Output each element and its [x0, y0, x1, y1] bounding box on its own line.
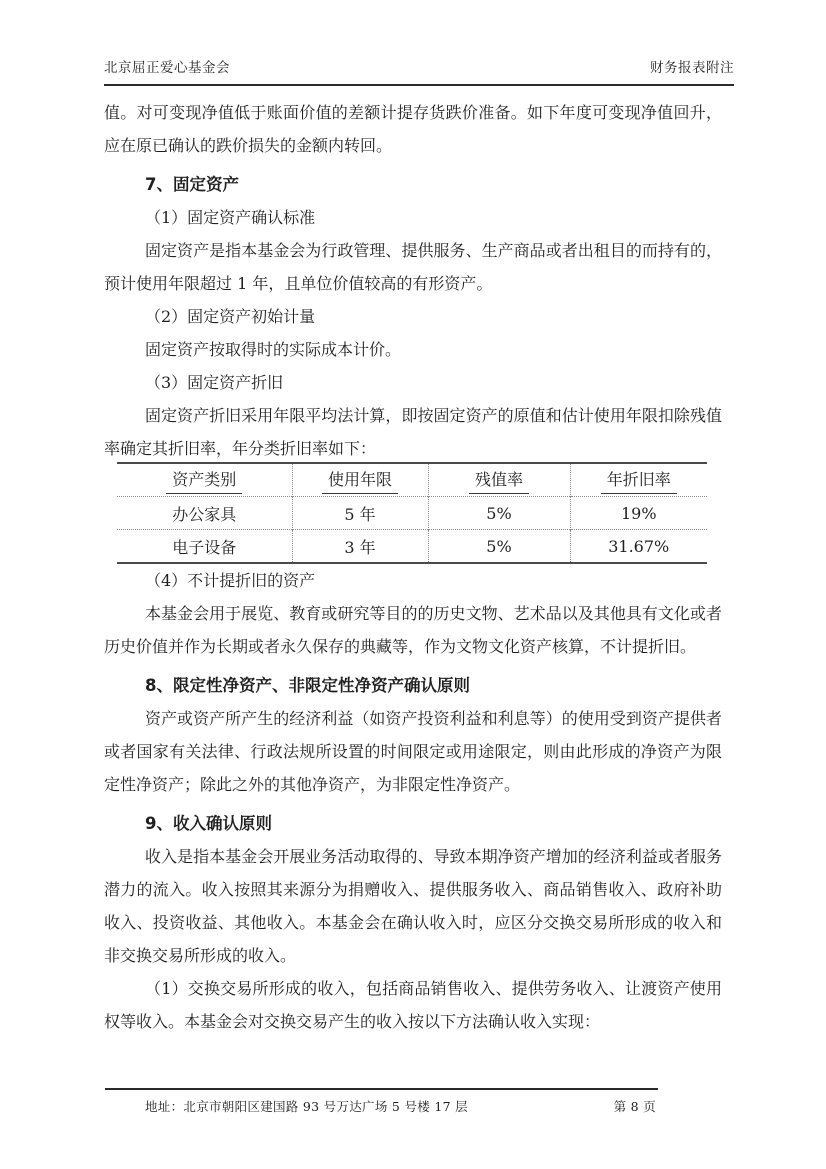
section-7-item-2-text: 固定资产按取得时的实际成本计价。	[104, 333, 722, 366]
table-row-electronic-equipment: 电子设备 3 年 5% 31.67%	[117, 530, 707, 564]
table-cell-annual-rate: 31.67%	[570, 530, 707, 564]
section-8-text: 资产或资产所产生的经济利益（如资产投资利益和利息等）的使用受到资产提供者或者国家…	[104, 702, 722, 801]
footer-page-number: 第 8 页	[614, 1097, 658, 1115]
page-footer: 地址：北京市朝阳区建国路 93 号万达广场 5 号楼 17 层 第 8 页	[105, 1088, 658, 1115]
section-9-text-2: （1）交换交易所形成的收入，包括商品销售收入、提供劳务收入、让渡资产使用权等收入…	[104, 972, 722, 1038]
table-row-office-furniture: 办公家具 5 年 5% 19%	[117, 497, 707, 530]
header-org-name: 北京屈正爱心基金会	[104, 56, 230, 76]
table-header-asset-category: 资产类别	[117, 463, 292, 497]
section-7-item-3-title: （3）固定资产折旧	[104, 366, 722, 399]
document-page: 北京屈正爱心基金会 财务报表附注 值。对可变现净值低于账面价值的差额计提存货跌价…	[0, 0, 826, 1169]
page-header: 北京屈正爱心基金会 财务报表附注	[104, 56, 734, 86]
section-7-item-4-text: 本基金会用于展览、教育或研究等目的的历史文物、艺术品以及其他具有文化或者历史价值…	[104, 597, 722, 663]
table-cell-category: 办公家具	[117, 497, 292, 530]
section-7-heading: 7、固定资产	[104, 168, 722, 201]
header-doc-title: 财务报表附注	[650, 56, 734, 76]
footer-address: 地址：北京市朝阳区建国路 93 号万达广场 5 号楼 17 层	[105, 1097, 468, 1115]
section-8-heading: 8、限定性净资产、非限定性净资产确认原则	[104, 669, 722, 702]
table-cell-life: 3 年	[292, 530, 428, 564]
table-cell-category: 电子设备	[117, 530, 292, 564]
section-7-item-4-title: （4）不计提折旧的资产	[104, 564, 722, 597]
table-header-annual-depreciation-rate: 年折旧率	[570, 463, 707, 497]
depreciation-rate-table: 资产类别 使用年限 残值率 年折旧率 办公家具 5 年 5% 19% 电子设备 …	[117, 462, 707, 564]
paragraph-inventory-continuation: 值。对可变现净值低于账面价值的差额计提存货跌价准备。如下年度可变现净值回升，应在…	[104, 96, 722, 162]
table-cell-residual: 5%	[428, 530, 570, 564]
table-header-residual-rate: 残值率	[428, 463, 570, 497]
section-9-text-1: 收入是指本基金会开展业务活动取得的、导致本期净资产增加的经济利益或者服务潜力的流…	[104, 840, 722, 972]
document-body: 值。对可变现净值低于账面价值的差额计提存货跌价准备。如下年度可变现净值回升，应在…	[104, 96, 722, 1038]
section-7-item-1-title: （1）固定资产确认标准	[104, 201, 722, 234]
table-cell-life: 5 年	[292, 497, 428, 530]
table-header-useful-life: 使用年限	[292, 463, 428, 497]
section-7-item-1-text: 固定资产是指本基金会为行政管理、提供服务、生产商品或者出租目的而持有的，预计使用…	[104, 234, 722, 300]
table-cell-annual-rate: 19%	[570, 497, 707, 530]
table-cell-residual: 5%	[428, 497, 570, 530]
section-7-item-3-text: 固定资产折旧采用年限平均法计算，即按固定资产的原值和估计使用年限扣除残值率确定其…	[104, 399, 722, 465]
section-7-item-2-title: （2）固定资产初始计量	[104, 300, 722, 333]
table-header-row: 资产类别 使用年限 残值率 年折旧率	[117, 463, 707, 497]
section-9-heading: 9、收入确认原则	[104, 807, 722, 840]
